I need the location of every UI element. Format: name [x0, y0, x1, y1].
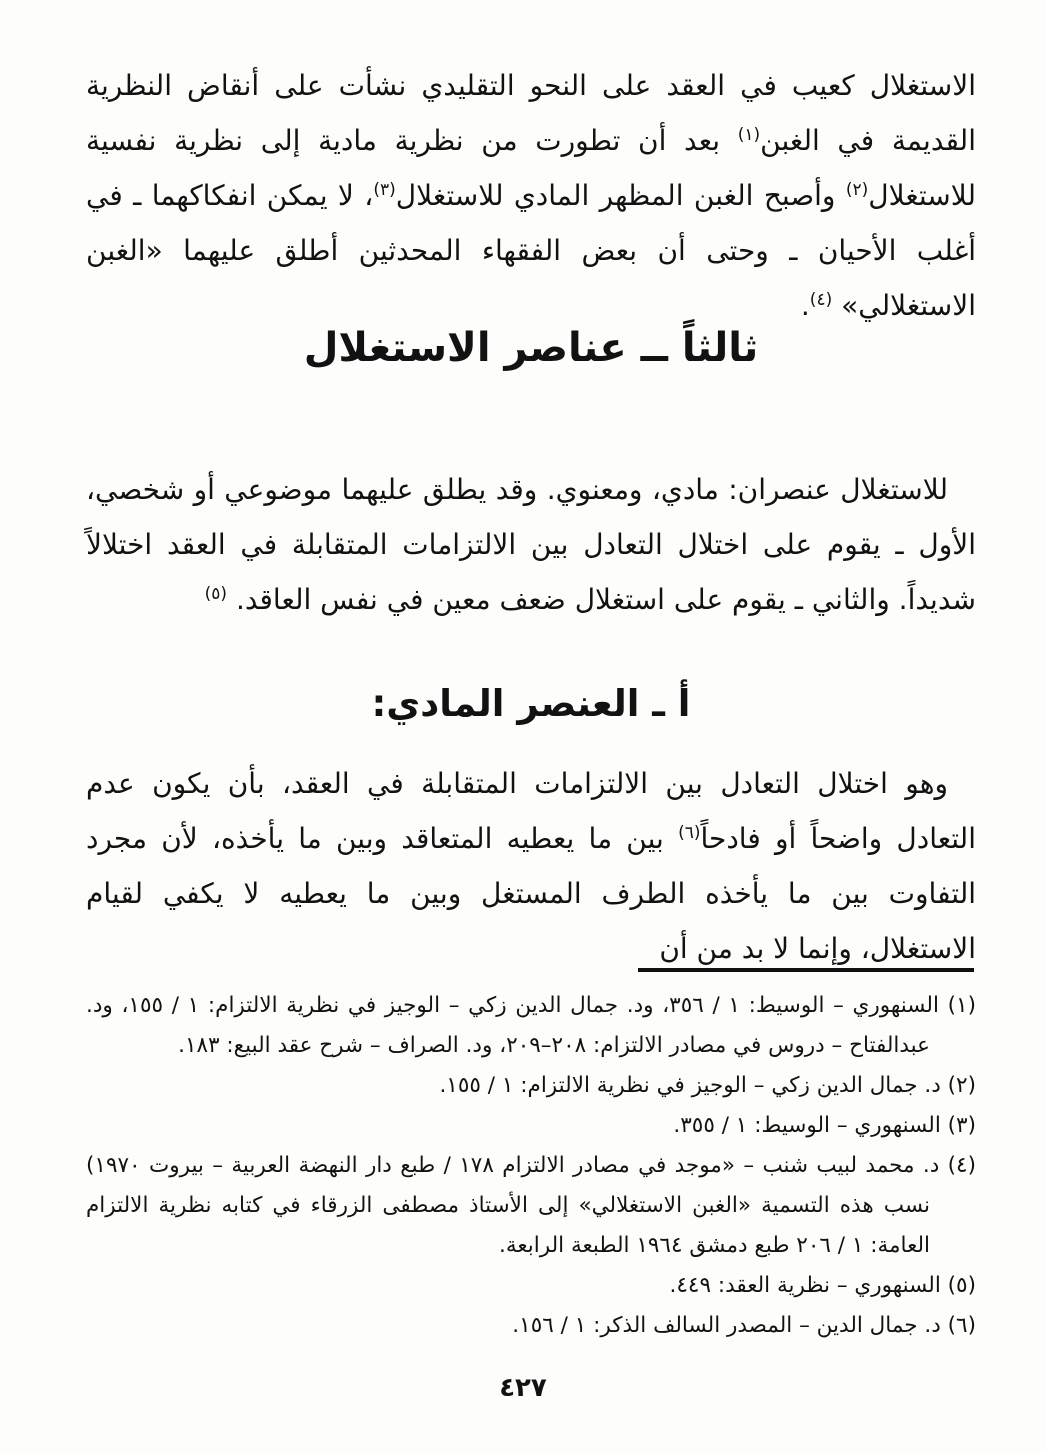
body-paragraph-1: الاستغلال كعيب في العقد على النحو التقلي…: [86, 58, 976, 333]
footnote-item-3: (٣) السنهوري – الوسيط: ١ / ٣٥٥.: [86, 1106, 976, 1146]
footnote-item-2: (٢) د. جمال الدين زكي – الوجيز في نظرية …: [86, 1066, 976, 1106]
footnote-reference: (١): [738, 125, 760, 145]
footnote-reference: (٥): [205, 584, 227, 604]
footnote-reference: (٢): [846, 180, 868, 200]
footnote-item-6: (٦) د. جمال الدين – المصدر السالف الذكر:…: [86, 1306, 976, 1346]
footnote-separator-rule: [638, 968, 974, 972]
section-heading-elements-of-exploitation: ثالثاً ــ عناصر الاستغلال: [86, 318, 976, 378]
footnote-reference: (٣): [373, 180, 395, 200]
footnote-item-5: (٥) السنهوري – نظرية العقد: ٤٤٩.: [86, 1266, 976, 1306]
footnote-reference: (٦): [678, 823, 700, 843]
footnote-reference: (٤): [810, 290, 832, 310]
page-number: ٤٢٧: [0, 1372, 1046, 1404]
footnotes-section: (١) السنهوري – الوسيط: ١ / ٣٥٦، ود. جمال…: [86, 986, 976, 1346]
body-paragraph-2: للاستغلال عنصران: مادي، ومعنوي. وقد يطلق…: [86, 462, 976, 627]
subsection-heading-material-element: أ ـ العنصر المادي:: [86, 675, 976, 733]
footnote-item-1: (١) السنهوري – الوسيط: ١ / ٣٥٦، ود. جمال…: [86, 986, 976, 1066]
footnote-item-4: (٤) د. محمد لبيب شنب – «موجد في مصادر ال…: [86, 1146, 976, 1266]
body-paragraph-3: وهو اختلال التعادل بين الالتزامات المتقا…: [86, 756, 976, 976]
book-page: الاستغلال كعيب في العقد على النحو التقلي…: [0, 0, 1046, 1453]
